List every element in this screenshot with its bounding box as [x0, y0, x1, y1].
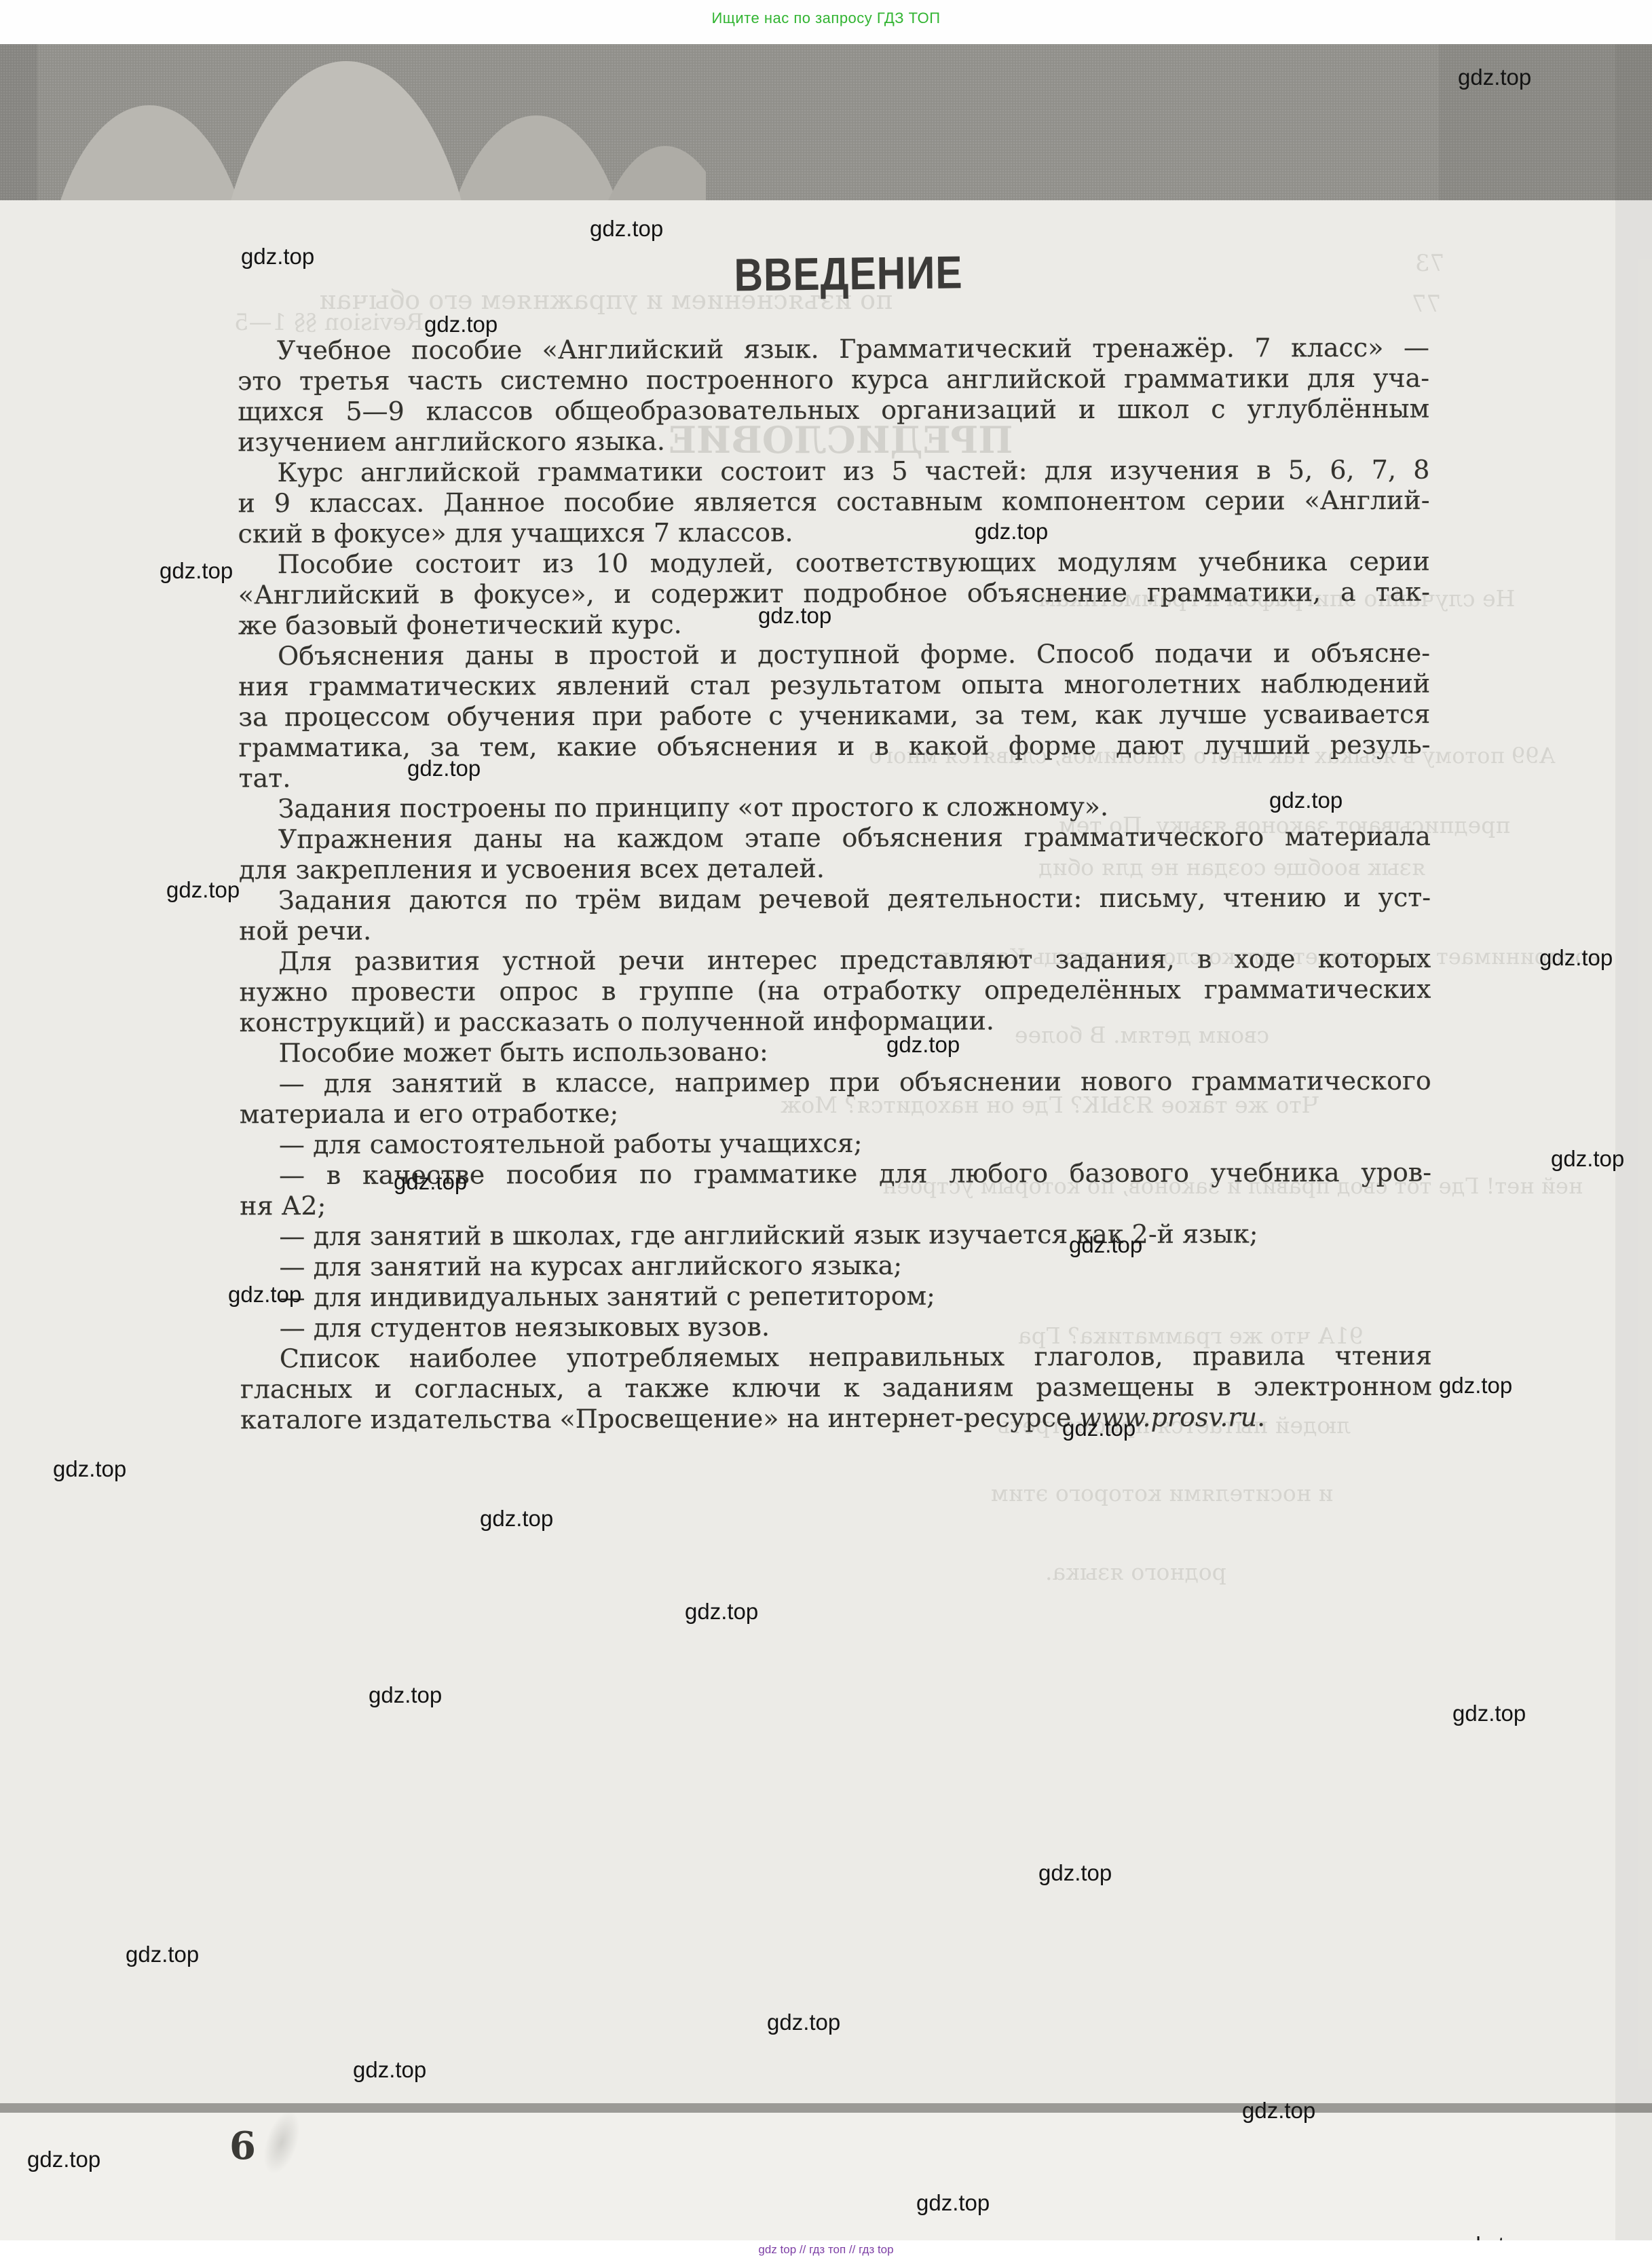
text-line: Задания построены по принципу «от просто… — [239, 791, 1431, 825]
gdz-watermark: gdz.top — [394, 1169, 467, 1195]
gdz-watermark: gdz.top — [590, 216, 663, 242]
text-line: — для самостоятельной работы учащихся; — [240, 1127, 1431, 1161]
lotus-petals-graphic — [20, 44, 706, 200]
promo-strip: Ищите нас по запросу ГДЗ ТОП — [0, 0, 1652, 44]
gdz-watermark: gdz.top — [1458, 64, 1531, 90]
gdz-watermark: gdz.top — [241, 244, 314, 270]
text-line: «Английский в фокусе», и содержит подроб… — [238, 577, 1430, 611]
text-line: — для занятий в школах, где английский я… — [240, 1219, 1431, 1253]
gdz-watermark: gdz.top — [1038, 1860, 1112, 1886]
text-line: ной речи. — [239, 913, 1431, 947]
text-line: для закрепления и усвоения всех деталей. — [239, 852, 1431, 886]
text-line: за процессом обучения при работе с учени… — [238, 699, 1430, 733]
scanned-textbook-page: по изъяснением и упражняем его обычаиRev… — [0, 0, 1652, 2258]
text-line: это третья часть системно построенного к… — [238, 363, 1429, 397]
text-line: изучением английского языка. — [238, 424, 1429, 458]
text-line: — для занятий в классе, например при объ… — [240, 1066, 1431, 1100]
text-line: нужно провести опрос в группе (на отрабо… — [239, 974, 1431, 1008]
text-line: щихся 5—9 классов общеобразовательных ор… — [238, 394, 1429, 428]
text-line: Пособие состоит из 10 модулей, соответст… — [238, 547, 1430, 580]
gdz-watermark: gdz.top — [407, 756, 481, 781]
text-line: Упражнения даны на каждом этапе объяснен… — [239, 821, 1431, 855]
gdz-watermark: gdz.top — [1439, 1373, 1512, 1399]
text-line: Курс английской грамматики состоит из 5 … — [238, 455, 1429, 489]
text-line: Пособие может быть использовано: — [240, 1035, 1431, 1069]
text-line: и 9 классах. Данное пособие является сос… — [238, 485, 1429, 519]
band-left-shade — [0, 44, 37, 200]
gdz-watermark: gdz.top — [27, 2147, 100, 2172]
text-line: каталоге издательства «Просвещение» на и… — [240, 1402, 1432, 1436]
gdz-watermark: gdz.top — [353, 2057, 426, 2083]
gdz-watermark: gdz.top — [53, 1456, 126, 1482]
text-fragment: . — [1257, 1402, 1265, 1432]
text-line: Учебное пособие «Английский язык. Грамма… — [238, 333, 1429, 367]
page-number: 6 — [229, 2124, 256, 2168]
gdz-watermark: gdz.top — [1062, 1415, 1135, 1441]
gdz-watermark: gdz.top — [1242, 2098, 1315, 2124]
gdz-watermark: gdz.top — [758, 603, 831, 629]
bottom-rule — [0, 2103, 1652, 2113]
gdz-watermark: gdz.top — [685, 1599, 758, 1625]
showthrough-text: и носителями которого этим — [991, 1480, 1333, 1506]
gdz-watermark: gdz.top — [424, 312, 498, 337]
gdz-watermark: gdz.top — [1551, 1146, 1624, 1172]
showthrough-text: 77 — [1412, 291, 1441, 318]
gdz-watermark: gdz.top — [166, 877, 240, 903]
gdz-watermark: gdz.top — [916, 2190, 990, 2216]
showthrough-text: 73 — [1415, 250, 1444, 277]
header-band — [0, 44, 1652, 200]
text-line: — для занятий на курсах английского язык… — [240, 1249, 1431, 1283]
gdz-watermark: gdz.top — [369, 1682, 442, 1708]
text-line: ния грамматических явлений стал результа… — [238, 669, 1430, 703]
gdz-watermark: gdz.top — [1069, 1232, 1142, 1258]
promo-banner-text: Ищите нас по запросу ГДЗ ТОП — [0, 10, 1652, 27]
introduction-text: Учебное пособие «Английский язык. Грамма… — [238, 333, 1432, 1436]
footer-strip: gdz top // гдз топ // гдз top — [0, 2240, 1652, 2258]
text-line: Задания даются по трём видам речевой дея… — [239, 883, 1431, 917]
gdz-watermark: gdz.top — [1539, 945, 1613, 971]
text-line: ский в фокусе» для учащихся 7 классов. — [238, 516, 1430, 550]
gdz-watermark: gdz.top — [767, 2010, 840, 2035]
footer-watermark-line: gdz top // гдз топ // гдз top — [0, 2243, 1652, 2257]
gdz-watermark: gdz.top — [1269, 788, 1343, 813]
text-line: Для развития устной речи интерес предста… — [239, 944, 1431, 978]
gdz-watermark: gdz.top — [126, 1942, 199, 1967]
text-line: — для студентов неязыковых вузов. — [240, 1310, 1432, 1344]
text-line: — для индивидуальных занятий с репетитор… — [240, 1280, 1432, 1314]
page-title: ВВЕДЕНИЕ — [717, 245, 979, 301]
text-line: гласных и согласных, а также ключи к зад… — [240, 1371, 1432, 1405]
text-line: материала и его отработке; — [240, 1096, 1431, 1130]
gdz-watermark: gdz.top — [886, 1032, 960, 1058]
showthrough-text: Revision §§ 1—5 — [234, 309, 424, 336]
text-line: Объяснения даны в простой и доступной фо… — [238, 638, 1430, 672]
gdz-watermark: gdz.top — [159, 558, 233, 584]
text-line: Список наиболее употребляемых неправильн… — [240, 1341, 1432, 1375]
gdz-watermark: gdz.top — [480, 1506, 553, 1532]
text-line: конструкций) и рассказать о полученной и… — [239, 1005, 1431, 1039]
gdz-watermark: gdz.top — [228, 1282, 301, 1308]
gdz-watermark: gdz.top — [1452, 1701, 1526, 1726]
text-line: же базовый фонетический курс. — [238, 608, 1430, 642]
text-fragment: каталоге издательства «Просвещение» на и… — [240, 1403, 1079, 1435]
gdz-watermark: gdz.top — [975, 519, 1048, 544]
showthrough-text: родного языка. — [1045, 1559, 1226, 1585]
